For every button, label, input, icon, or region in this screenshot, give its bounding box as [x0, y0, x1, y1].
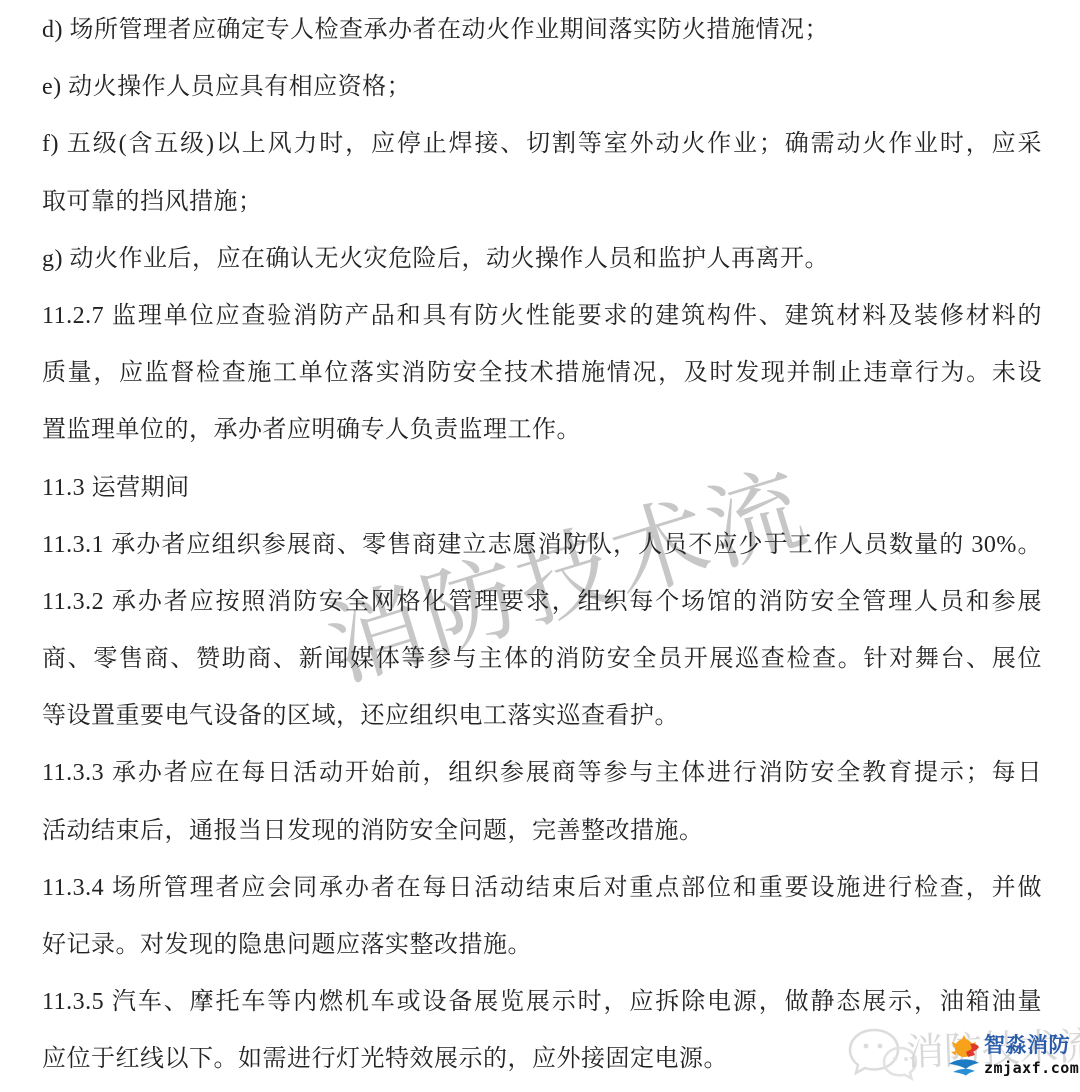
text-line: d) 场所管理者应确定专人检查承办者在动火作业期间落实防火措施情况；	[42, 2, 1042, 59]
text-line: 质量，应监督检查施工单位落实消防安全技术措施情况，及时发现并制止违章行为。未设	[42, 345, 1042, 402]
brand-site: zmjaxf.com	[984, 1058, 1080, 1078]
text-line: 11.3.1 承办者应组织参展商、零售商建立志愿消防队，人员不应少于工作人员数量…	[42, 517, 1042, 574]
text-line: 置监理单位的，承办者应明确专人负责监理工作。	[42, 402, 1042, 459]
text-line: 取可靠的挡风措施；	[42, 174, 1042, 231]
text-line: 11.3.2 承办者应按照消防安全网格化管理要求，组织每个场馆的消防安全管理人员…	[42, 574, 1042, 631]
section-heading: 11.3 运营期间	[42, 460, 1042, 517]
text-line: g) 动火作业后，应在确认无火灾危险后，动火操作人员和监护人再离开。	[42, 231, 1042, 288]
text-line: 11.3.5 汽车、摩托车等内燃机车或设备展览展示时，应拆除电源，做静态展示，油…	[42, 974, 1042, 1031]
text-line: 11.2.7 监理单位应查验消防产品和具有防火性能要求的建筑构件、建筑材料及装修…	[42, 288, 1042, 345]
text-line: 活动结束后，通报当日发现的消防安全问题，完善整改措施。	[42, 803, 1042, 860]
brand-logo: 智淼消防 zmjaxf.com	[948, 1032, 1080, 1090]
sun-wave-logo-icon	[948, 1034, 986, 1082]
text-line: f) 五级(含五级)以上风力时，应停止焊接、切割等室外动火作业；确需动火作业时，…	[42, 116, 1042, 173]
text-line: 等设置重要电气设备的区域，还应组织电工落实巡查看护。	[42, 688, 1042, 745]
text-line: 好记录。对发现的隐患问题应落实整改措施。	[42, 917, 1042, 974]
text-line: 11.3.4 场所管理者应会同承办者在每日活动结束后对重点部位和重要设施进行检查…	[42, 860, 1042, 917]
brand-text-group: 智淼消防 zmjaxf.com	[984, 1034, 1080, 1078]
text-line: e) 动火操作人员应具有相应资格；	[42, 59, 1042, 116]
document-text-block: d) 场所管理者应确定专人检查承办者在动火作业期间落实防火措施情况； e) 动火…	[42, 2, 1042, 1089]
text-line: 11.3.3 承办者应在每日活动开始前，组织参展商等参与主体进行消防安全教育提示…	[42, 745, 1042, 802]
brand-name: 智淼消防	[984, 1034, 1080, 1058]
text-line: 商、零售商、赞助商、新闻媒体等参与主体的消防安全员开展巡查检查。针对舞台、展位	[42, 631, 1042, 688]
text-line: 应位于红线以下。如需进行灯光特效展示的，应外接固定电源。	[42, 1031, 1042, 1088]
document-page: 消防技术流 d) 场所管理者应确定专人检查承办者在动火作业期间落实防火措施情况；…	[0, 0, 1080, 1092]
